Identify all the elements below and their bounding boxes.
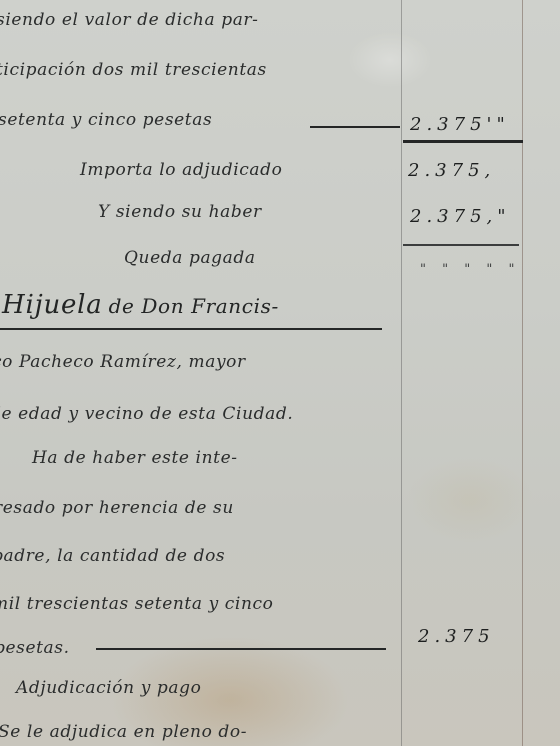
queda-pagada-label: Queda pagada	[124, 248, 256, 268]
text-line-12: padre, la cantidad de dos	[0, 546, 225, 566]
amount-underline-1	[403, 140, 523, 143]
amount-participation: 2.375'"	[410, 114, 510, 135]
amount-column-left-rule	[401, 0, 402, 746]
amount-importa: 2.375,	[408, 160, 495, 181]
hijuela-title: Hijuela	[2, 290, 103, 320]
text-line-3: setenta y cinco pesetas	[0, 110, 212, 130]
text-line-8: co Pacheco Ramírez, mayor	[0, 352, 246, 372]
text-line-11: resado por herencia de su	[0, 498, 234, 518]
text-line-2: ticipación dos mil trescientas	[0, 60, 267, 80]
text-line-9: de edad y vecino de esta Ciudad.	[0, 404, 293, 424]
amount-underline-2	[403, 244, 519, 246]
text-line-13: mil trescientas setenta y cinco	[0, 594, 273, 614]
hijuela-title-rest: de Don Francis-	[109, 294, 279, 318]
adjudicacion-heading: Adjudicación y pago	[16, 678, 201, 698]
amount-su-haber: 2.375,"	[410, 206, 511, 227]
ditto-marks: " " " " "	[420, 262, 520, 277]
amount-ha-de-haber: 2.375	[418, 626, 495, 647]
text-line-14: pesetas.	[0, 638, 70, 658]
text-line-10: Ha de haber este inte-	[32, 448, 238, 468]
text-line-1: siendo el valor de dicha par-	[0, 10, 259, 30]
heading-underline	[0, 328, 382, 330]
su-haber-label: Y siendo su haber	[98, 202, 262, 222]
fill-line-2	[96, 648, 386, 650]
amount-column-right-rule	[522, 0, 523, 746]
hijuela-heading: Hijuela de Don Francis-	[2, 290, 279, 320]
text-line-16: Se le adjudica en pleno do-	[0, 722, 247, 742]
importa-adjudicado-label: Importa lo adjudicado	[80, 160, 282, 180]
fill-line-1	[310, 126, 400, 128]
